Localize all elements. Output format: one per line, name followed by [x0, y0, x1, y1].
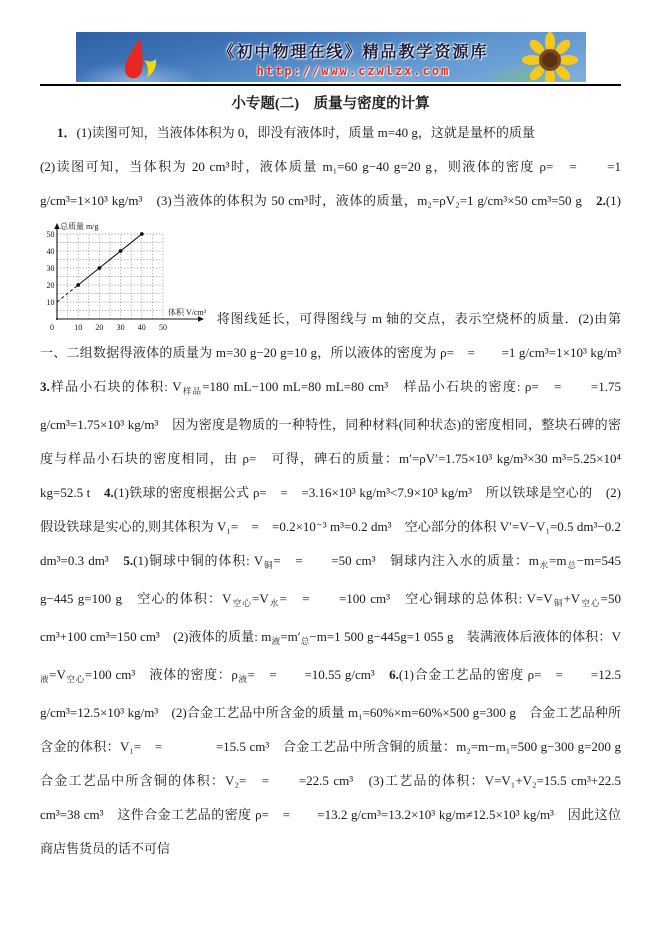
subscript-run: 水	[539, 560, 549, 570]
site-url[interactable]: http://www.czwlzx.com	[76, 64, 586, 78]
y-axis-title: 总质量 m/g	[60, 221, 98, 231]
text-run: +V	[563, 591, 580, 606]
y-tick-label: 50	[47, 230, 55, 239]
subscript-run: 液	[40, 674, 49, 684]
text-run: (1)	[606, 193, 621, 208]
section-number: 3.	[40, 379, 50, 394]
x-tick-label: 50	[159, 323, 167, 332]
text-run: (1)合金工艺品的密度 ρ= = =12.5 g/cm³=12.5×10³ kg…	[40, 667, 634, 856]
sunflower-image	[512, 32, 582, 82]
text-run: =V	[252, 591, 269, 606]
text-run: =m	[549, 553, 566, 568]
text-run: 样品小石块的体积: V	[50, 379, 182, 394]
text-run: (1)铜球中铜的体积: V	[133, 553, 263, 568]
data-point	[98, 266, 102, 270]
banner-text: 《初中物理在线》精品教学资源库 http://www.czwlzx.com	[76, 32, 586, 78]
solution-text: 1．(1)读图可知，当液体体积为 0，即没有液体时，质量 m=40 g，这就是量…	[40, 116, 621, 866]
section-number: 2.	[596, 193, 606, 208]
site-banner: 《初中物理在线》精品教学资源库 http://www.czwlzx.com	[76, 32, 586, 82]
section-number: 5.	[123, 553, 133, 568]
text-run: =m′	[280, 629, 300, 644]
subscript-run: 铜	[263, 560, 273, 570]
document-page: 《初中物理在线》精品教学资源库 http://www.czwlzx.com 小专…	[0, 0, 661, 935]
x-axis-arrow	[198, 316, 204, 322]
text-run: −m=1 500 g−445g=1 055 g 装满液体后液体的体积：V	[309, 629, 621, 644]
section-number: 6.	[389, 667, 399, 682]
section-number: 1．	[57, 125, 77, 140]
y-tick-label: 10	[47, 298, 55, 307]
section-number: 4.	[104, 485, 114, 500]
subscript-run: 铜	[553, 598, 564, 608]
text-run: (1)读图可知，当液体体积为 0，即没有液体时，质量 m=40 g，这就是量杯的…	[77, 125, 535, 140]
mass-volume-chart: 102030405001020304050总质量 m/g体积 V/cm³	[40, 220, 208, 336]
y-tick-label: 40	[47, 247, 55, 256]
subscript-run: 水	[269, 598, 280, 608]
text-run: =180 mL−100 mL=80 mL=80 cm³ 样品小石块的密度: ρ=…	[40, 379, 621, 500]
site-title: 《初中物理在线》精品教学资源库	[76, 39, 586, 62]
text-run: (2)读图可知，当体积为 20 cm³时，液体质量 m₁=60 g−40 g=2…	[40, 159, 621, 208]
x-tick-label: 10	[74, 323, 82, 332]
header-divider	[40, 84, 621, 86]
text-run: = = =100 cm³ 空心铜球的总体积: V=V	[280, 591, 553, 606]
y-axis-arrow	[54, 223, 60, 229]
x-axis-title: 体积 V/cm³	[168, 307, 207, 317]
data-point	[76, 283, 80, 287]
text-run: =V	[49, 667, 66, 682]
subscript-run: 液	[238, 674, 248, 684]
y-tick-label: 30	[47, 264, 55, 273]
data-point	[140, 232, 144, 236]
subscript-run: 空心	[580, 598, 600, 608]
x-tick-label: 20	[95, 323, 103, 332]
data-point	[119, 249, 123, 253]
x-tick-label: 30	[117, 323, 125, 332]
x-tick-label: 0	[50, 323, 54, 332]
page-title: 小专题(二) 质量与密度的计算	[40, 92, 621, 113]
x-tick-label: 40	[138, 323, 146, 332]
subscript-run: 总	[566, 560, 576, 570]
subscript-run: 样品	[182, 386, 203, 396]
subscript-run: 空心	[232, 598, 252, 608]
subscript-run: 空心	[66, 674, 85, 684]
text-run: = = =10.55 g/cm³	[248, 667, 389, 682]
y-tick-label: 20	[47, 281, 55, 290]
text-run: =100 cm³ 液体的密度：ρ	[85, 667, 238, 682]
text-run: = = =50 cm³ 铜球内注入水的质量：m	[273, 553, 538, 568]
subscript-run: 液	[271, 636, 280, 646]
